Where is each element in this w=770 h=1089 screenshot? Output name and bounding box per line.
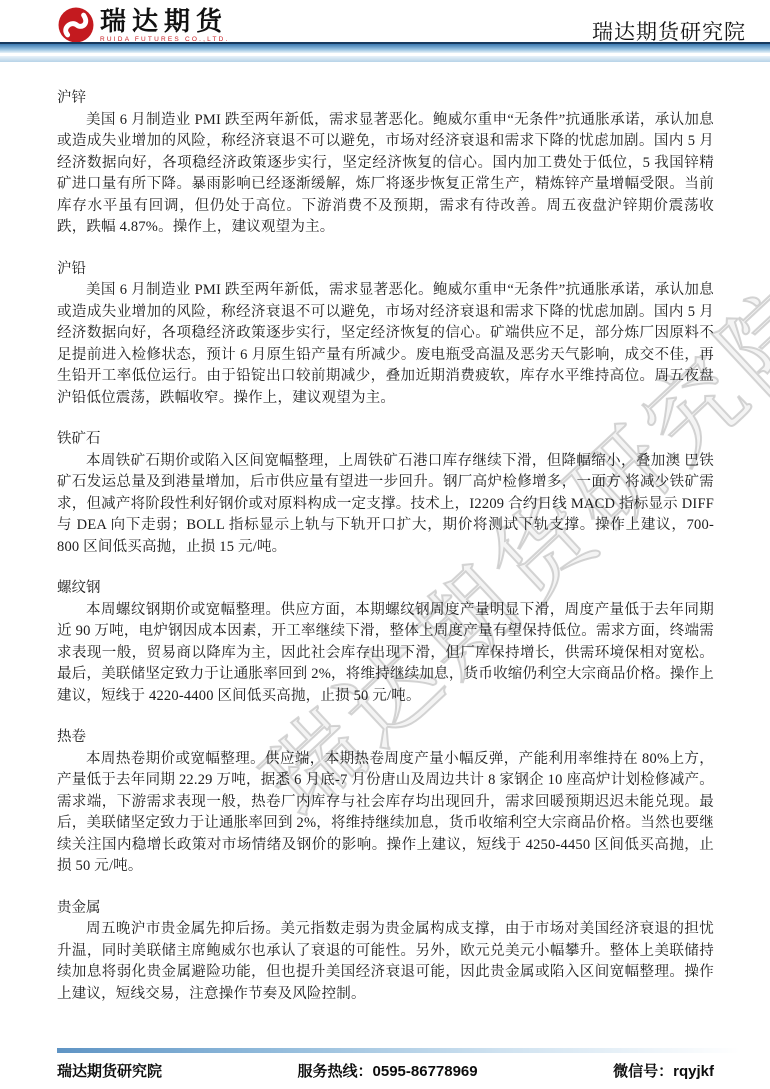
section-text-hot-coil: 本周热卷期价或宽幅整理。供应端，本期热卷周度产量小幅反弹，产能利用率维持在 80… <box>57 749 714 878</box>
section-shanghai-lead: 沪铅 美国 6 月制造业 PMI 跌至两年新低，需求显著恶化。鲍威尔重申“无条件… <box>57 259 714 410</box>
section-precious-metals: 贵金属 周五晚沪市贵金属先抑后扬。美元指数走弱为贵金属构成支撑，由于市场对美国经… <box>57 898 714 1006</box>
logo-company-name: 瑞达期货 <box>100 6 230 36</box>
footer-wechat-id: rqyjkf <box>673 1063 714 1080</box>
section-title-hot-coil: 热卷 <box>57 727 714 749</box>
section-rebar: 螺纹钢 本周螺纹钢期价或宽幅整理。供应方面，本期螺纹钢周度产量明显下滑，周度产量… <box>57 578 714 707</box>
section-title-shanghai-lead: 沪铅 <box>57 259 714 281</box>
footer-hotline-number: 0595-86778969 <box>373 1063 478 1080</box>
section-shanghai-zinc: 沪锌 美国 6 月制造业 PMI 跌至两年新低，需求显著恶化。鲍威尔重申“无条件… <box>57 88 714 239</box>
section-text-iron-ore: 本周铁矿石期价或陷入区间宽幅整理，上周铁矿石港口库存继续下滑，但降幅缩小，叠加澳… <box>57 451 714 559</box>
footer-wechat-label: 微信号： <box>613 1063 673 1080</box>
footer-divider <box>57 1048 740 1053</box>
section-title-iron-ore: 铁矿石 <box>57 429 714 451</box>
header-divider-gradient-bar <box>0 44 770 53</box>
footer-institute: 瑞达期货研究院 <box>57 1060 162 1081</box>
page-header: 瑞达期货 RUIDA FUTURES CO.,LTD. 瑞达期货研究院 <box>0 0 770 42</box>
section-text-shanghai-lead: 美国 6 月制造业 PMI 跌至两年新低，需求显著恶化。鲍威尔重申“无条件”抗通… <box>57 280 714 409</box>
logo-text: 瑞达期货 RUIDA FUTURES CO.,LTD. <box>100 6 230 43</box>
section-text-precious-metals: 周五晚沪市贵金属先抑后扬。美元指数走弱为贵金属构成支撑，由于市场对美国经济衰退的… <box>57 919 714 1005</box>
section-title-shanghai-zinc: 沪锌 <box>57 88 714 110</box>
header-divider <box>0 42 770 62</box>
section-iron-ore: 铁矿石 本周铁矿石期价或陷入区间宽幅整理，上周铁矿石港口库存继续下滑，但降幅缩小… <box>57 429 714 558</box>
header-divider-light-bar <box>0 56 770 62</box>
company-logo: 瑞达期货 RUIDA FUTURES CO.,LTD. <box>57 6 230 44</box>
section-hot-coil: 热卷 本周热卷期价或宽幅整理。供应端，本期热卷周度产量小幅反弹，产能利用率维持在… <box>57 727 714 878</box>
section-title-rebar: 螺纹钢 <box>57 578 714 600</box>
footer-hotline-label: 服务热线： <box>298 1063 373 1080</box>
footer-hotline: 服务热线：0595-86778969 <box>298 1060 478 1081</box>
section-title-precious-metals: 贵金属 <box>57 898 714 920</box>
page-footer: 瑞达期货研究院 服务热线：0595-86778969 微信号：rqyjkf <box>57 1060 714 1081</box>
report-body: 沪锌 美国 6 月制造业 PMI 跌至两年新低，需求显著恶化。鲍威尔重申“无条件… <box>57 88 714 1025</box>
footer-wechat: 微信号：rqyjkf <box>613 1060 714 1081</box>
ruida-logo-icon <box>57 6 95 44</box>
section-text-rebar: 本周螺纹钢期价或宽幅整理。供应方面，本期螺纹钢周度产量明显下滑，周度产量低于去年… <box>57 600 714 708</box>
section-text-shanghai-zinc: 美国 6 月制造业 PMI 跌至两年新低，需求显著恶化。鲍威尔重申“无条件”抗通… <box>57 110 714 239</box>
